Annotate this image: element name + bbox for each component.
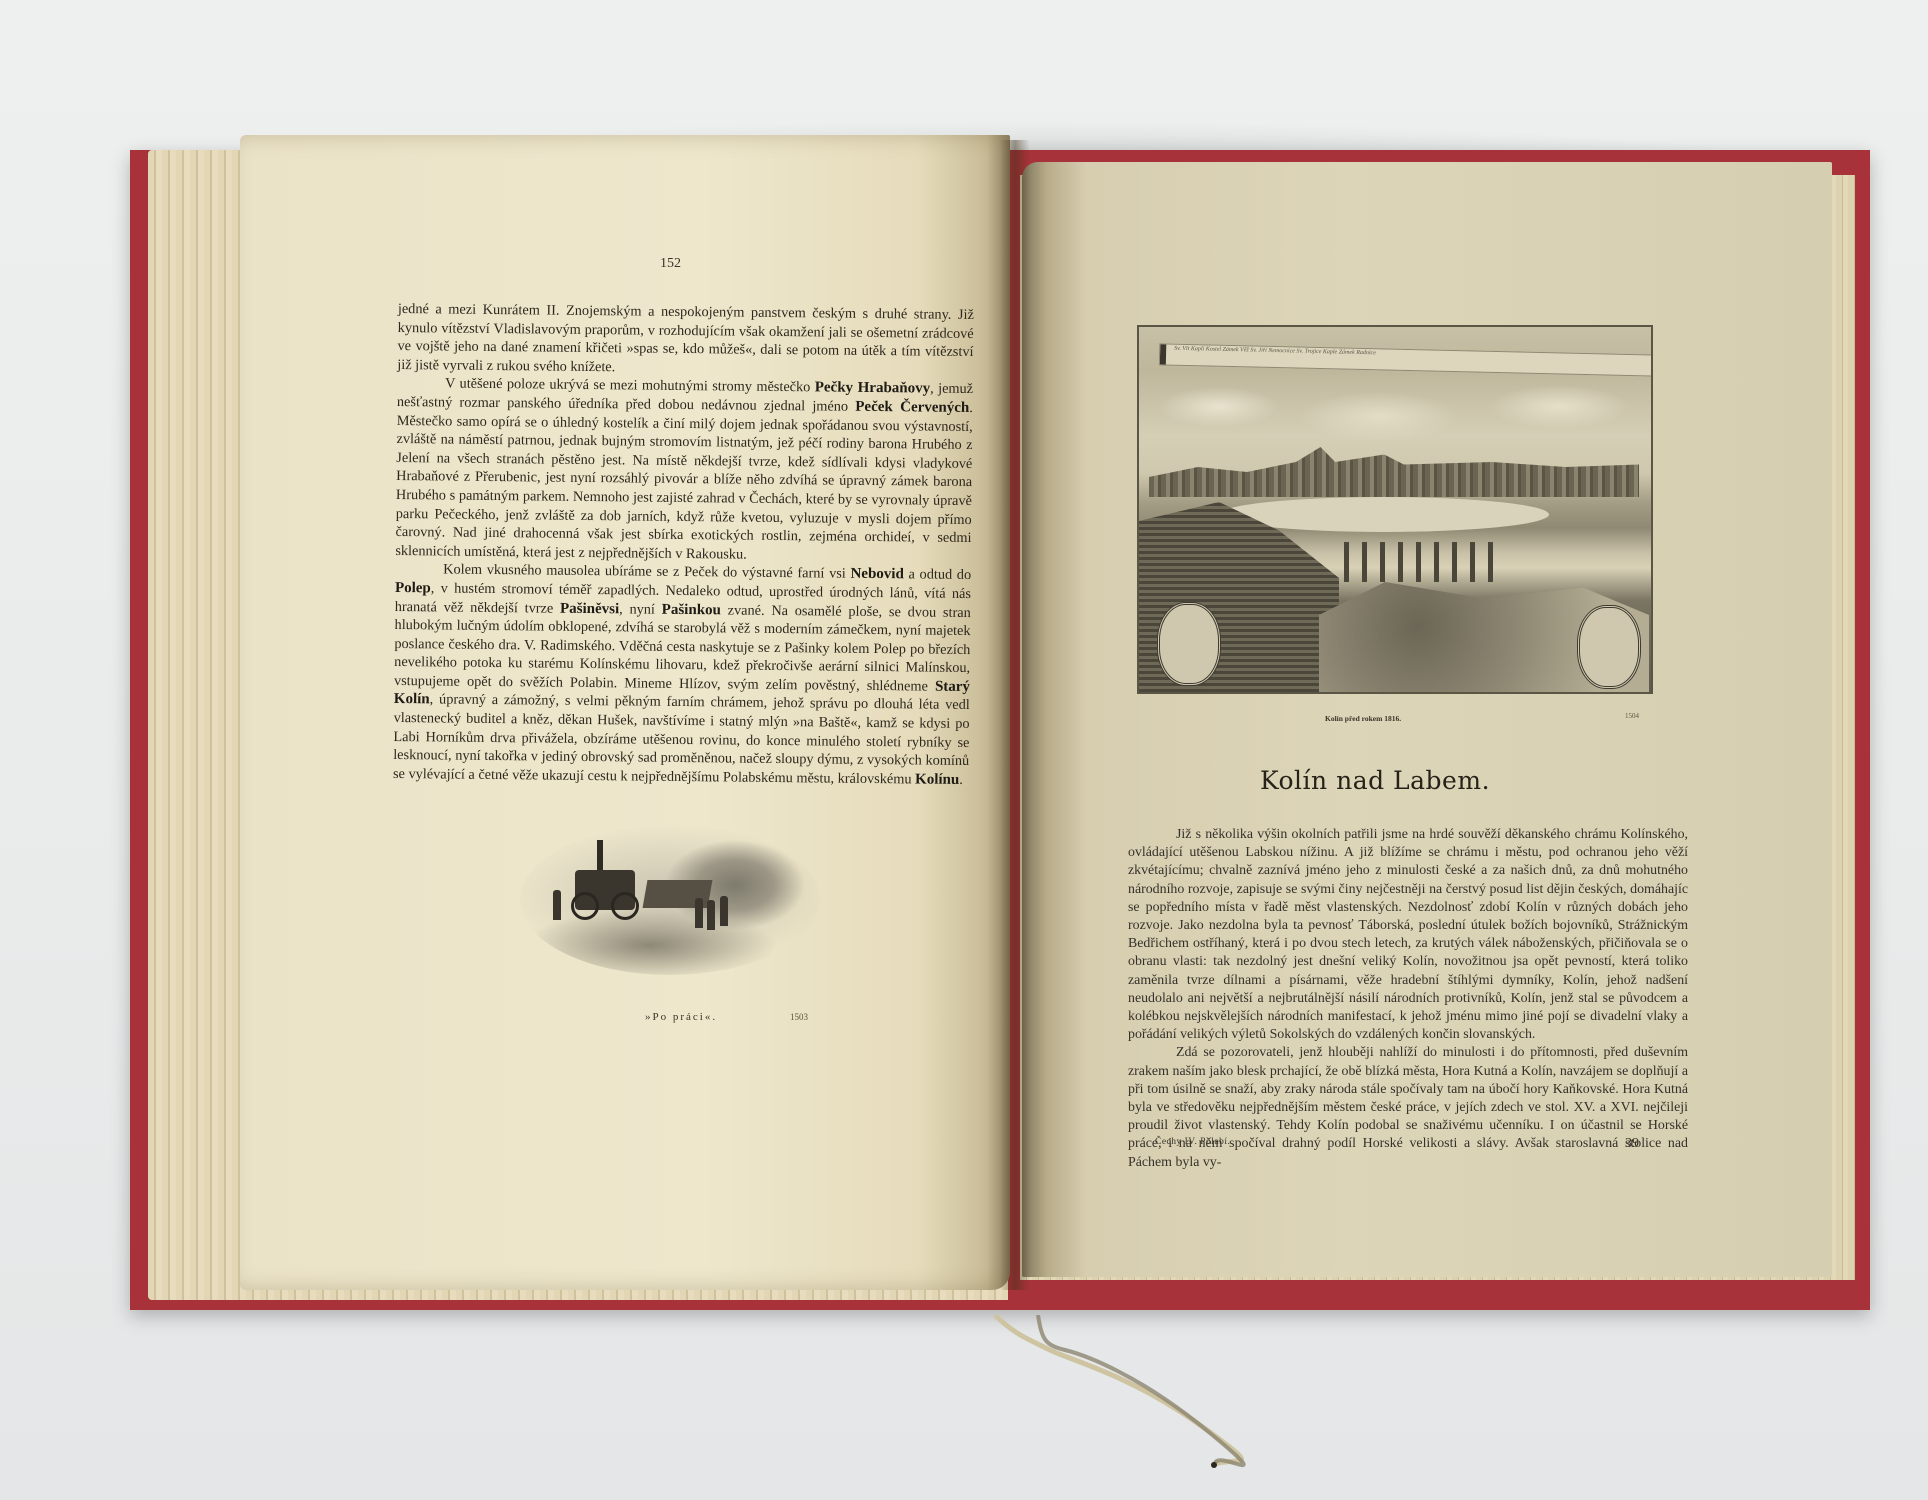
engraving-figure-number: 1504 xyxy=(1625,712,1639,720)
banner-labels: Sv. Vít Kapli Kostel Zámek Věž Sv. Jiří … xyxy=(1174,346,1376,357)
illustration-figure-number: 1503 xyxy=(790,1012,808,1022)
place-name: Peček Červených xyxy=(855,399,969,416)
left-paragraph-3: Kolem vkusného mausolea ubíráme se z Peč… xyxy=(393,560,971,789)
right-page-body: Již s několika výšin okolních patřili js… xyxy=(1128,826,1688,1172)
place-name: Nebovid xyxy=(850,566,904,583)
footer-signature: Čechy IV. Polabí. xyxy=(1155,1137,1230,1147)
engraving-town-skyline xyxy=(1149,447,1639,497)
book-gutter xyxy=(1000,140,1030,1290)
place-name: Pašinkou xyxy=(662,601,721,618)
engraving-caption: Kolín před rokem 1816. xyxy=(1325,714,1401,723)
left-paragraph-2: V utěšené poloze ukrývá se mezi mohutným… xyxy=(395,374,973,566)
bookmark-ribbon[interactable] xyxy=(990,1315,1330,1495)
place-name: Polep xyxy=(395,580,431,596)
illustration-caption: »Po práci«. xyxy=(645,1011,717,1023)
right-paragraph-1: Již s několika výšin okolních patřili js… xyxy=(1128,826,1688,1044)
banner-roll-icon xyxy=(1160,343,1167,368)
worker-figure xyxy=(553,890,561,920)
right-page-number: 39 xyxy=(1625,1136,1639,1152)
crest-right-icon xyxy=(1577,605,1641,689)
chapter-heading: Kolín nad Labem. xyxy=(1260,766,1490,795)
left-page-body: jedné a mezi Kunrátem II. Znojemským a n… xyxy=(393,300,974,789)
worker-figure xyxy=(720,896,728,926)
worker-figure xyxy=(707,900,715,930)
crest-left-icon xyxy=(1157,602,1221,686)
engraving-poplars xyxy=(1344,542,1504,582)
engraving-clouds xyxy=(1139,377,1651,447)
place-name: Starý Kolín xyxy=(394,679,970,708)
place-name: Pašiněvsi xyxy=(560,600,619,617)
place-name: Kolínu xyxy=(915,771,959,787)
engraving-banner: Sv. Vít Kapli Kostel Zámek Věž Sv. Jiří … xyxy=(1159,343,1653,376)
steam-engine-drawing xyxy=(575,840,635,920)
left-paragraph-1: jedné a mezi Kunrátem II. Znojemským a n… xyxy=(397,300,974,380)
place-name: Pečky Hrabaňovy xyxy=(815,380,931,397)
right-paragraph-2: Zdá se pozorovateli, jenž hlouběji nahlí… xyxy=(1128,1044,1688,1171)
left-page-number: 152 xyxy=(660,256,681,272)
kolin-engraving: Sv. Vít Kapli Kostel Zámek Věž Sv. Jiří … xyxy=(1137,325,1653,694)
worker-figure xyxy=(695,898,703,928)
